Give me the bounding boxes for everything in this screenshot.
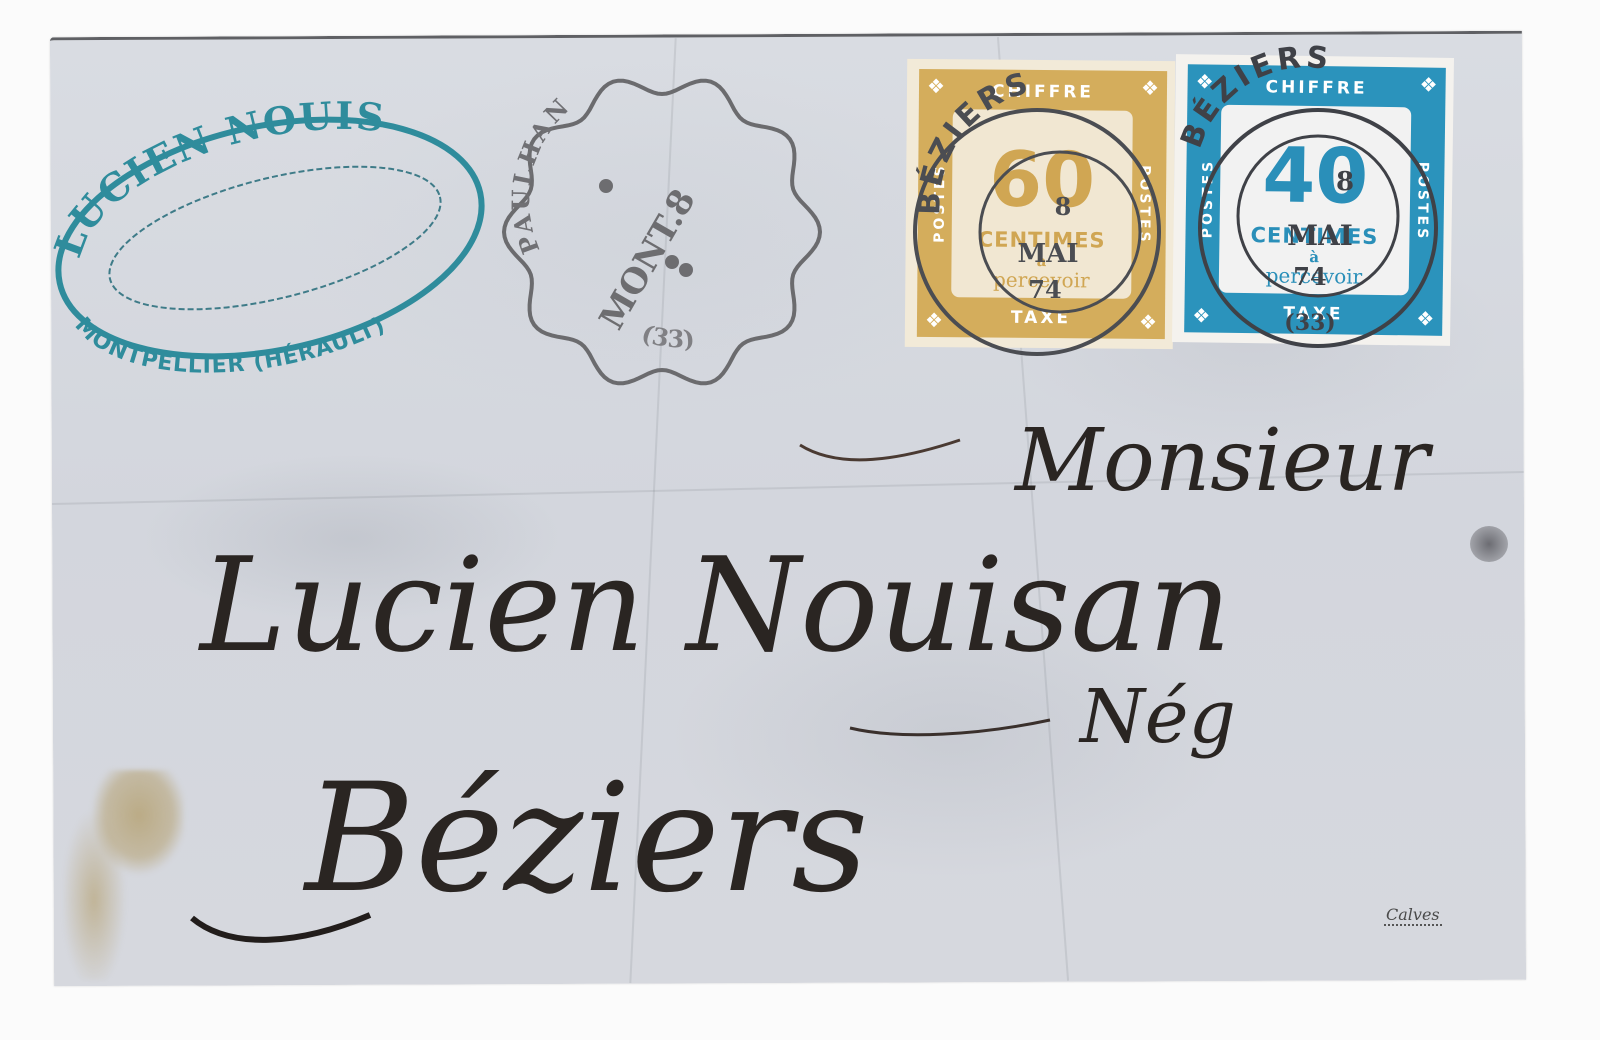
- cancel-month: MAI: [1287, 219, 1353, 252]
- cancel-and-address-layer: BÉZIERS 8 MAI 74 BÉZIERS 8 MAI 74 (33) M…: [0, 0, 1600, 1040]
- cancel-year: 74: [1028, 275, 1061, 304]
- cancel-dept: (33): [1284, 310, 1335, 336]
- address-suffix: Nég: [1078, 674, 1236, 760]
- cancel-month: MAI: [1017, 239, 1078, 269]
- cancel-year: 74: [1293, 262, 1326, 291]
- cancel-day: 8: [1055, 192, 1072, 221]
- address-salutation: Monsieur: [1013, 411, 1434, 511]
- cancel-town: BÉZIERS: [912, 65, 1035, 215]
- beziers-date-cancel-1: BÉZIERS 8 MAI 74: [912, 65, 1159, 354]
- cancel-day: 8: [1336, 167, 1354, 197]
- handwritten-address: Monsieur Lucien Nouisan Nég Béziers: [192, 411, 1434, 940]
- svg-text:BÉZIERS: BÉZIERS: [912, 65, 1035, 215]
- beziers-date-cancel-2: BÉZIERS 8 MAI 74 (33): [1174, 40, 1436, 346]
- address-city: Béziers: [302, 752, 868, 926]
- address-name-first: Lucien Nouisan: [198, 529, 1232, 681]
- expert-signature: Calves: [1384, 905, 1442, 926]
